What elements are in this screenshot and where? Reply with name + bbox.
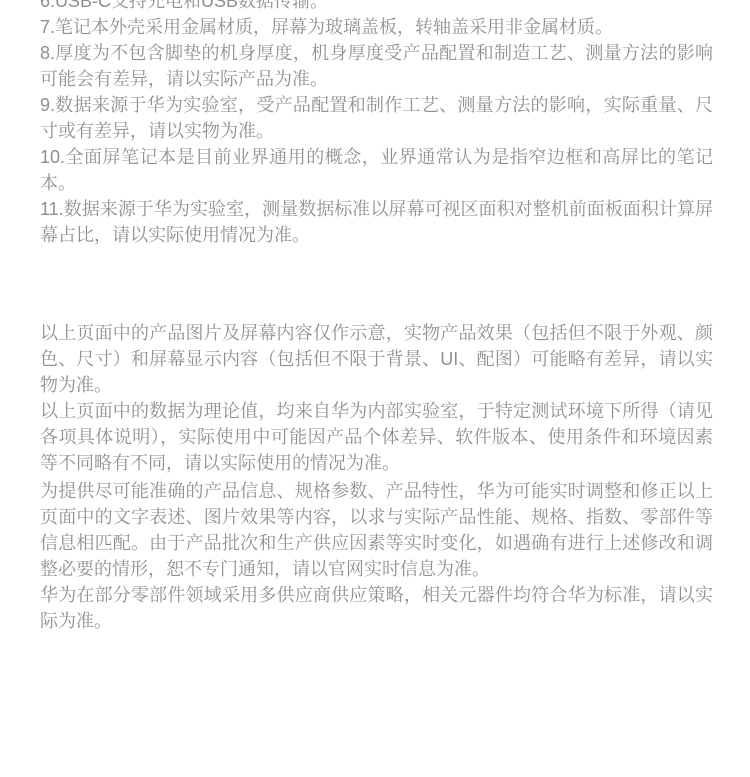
legal-disclaimers-section: 以上页面中的产品图片及屏幕内容仅作示意，实物产品效果（包括但不限于外观、颜色、尺… xyxy=(40,320,713,634)
disclaimer-paragraph-updates: 为提供尽可能准确的产品信息、规格参数、产品特性，华为可能实时调整和修正以上页面中… xyxy=(40,478,713,582)
footnote-item-10: 10.全面屏笔记本是目前业界通用的概念，业界通常认为是指窄边框和高屏比的笔记本。 xyxy=(40,144,713,196)
footnote-item-11: 11.数据来源于华为实验室，测量数据标准以屏幕可视区面积对整机前面板面积计算屏幕… xyxy=(40,196,713,248)
footnote-item-8: 8.厚度为不包含脚垫的机身厚度，机身厚度受产品配置和制造工艺、测量方法的影响可能… xyxy=(40,40,713,92)
disclaimer-paragraph-data: 以上页面中的数据为理论值，均来自华为内部实验室，于特定测试环境下所得（请见各项具… xyxy=(40,398,713,476)
disclaimer-paragraph-suppliers: 华为在部分零部件领域采用多供应商供应策略，相关元器件均符合华为标准，请以实际为准… xyxy=(40,582,713,634)
footnotes-section: 6.USB-C支持充电和USB数据传输。 7.笔记本外壳采用金属材质，屏幕为玻璃… xyxy=(40,0,713,248)
footnote-item-9: 9.数据来源于华为实验室，受产品配置和制作工艺、测量方法的影响，实际重量、尺寸或… xyxy=(40,92,713,144)
footnote-item-7: 7.笔记本外壳采用金属材质，屏幕为玻璃盖板，转轴盖采用非金属材质。 xyxy=(40,14,713,40)
footnote-item-6: 6.USB-C支持充电和USB数据传输。 xyxy=(40,0,713,14)
disclaimer-paragraph-images: 以上页面中的产品图片及屏幕内容仅作示意，实物产品效果（包括但不限于外观、颜色、尺… xyxy=(40,320,713,398)
product-disclaimer-page: 6.USB-C支持充电和USB数据传输。 7.笔记本外壳采用金属材质，屏幕为玻璃… xyxy=(0,0,750,634)
